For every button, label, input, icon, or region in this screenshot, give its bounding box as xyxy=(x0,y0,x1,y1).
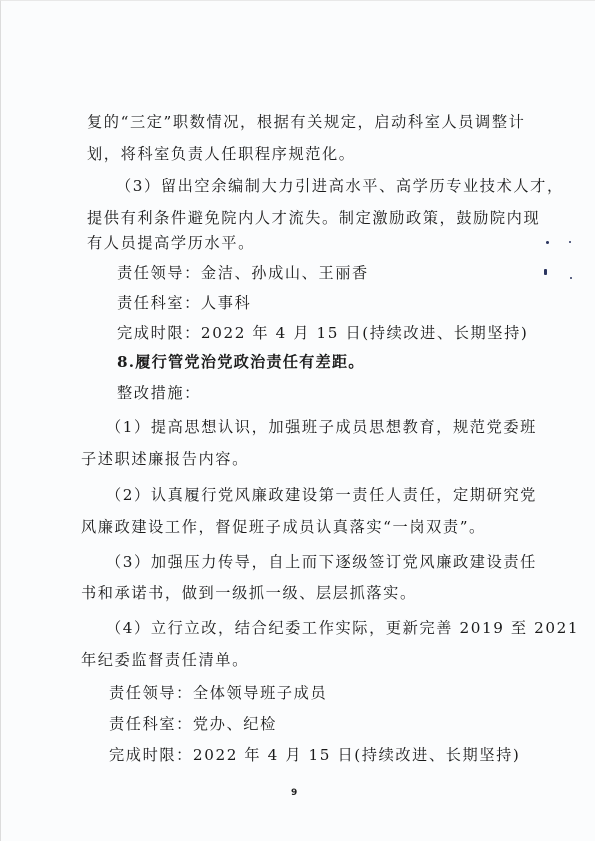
completion-deadline: 完成时限：2022 年 4 月 15 日(持续改进、长期坚持) xyxy=(117,323,528,343)
measure-item-2-line-2: 风廉政建设工作，督促班子成员认真落实“一岗双责”。 xyxy=(81,517,486,537)
document-page: 复的“三定”职数情况，根据有关规定，启动科室人员调整计 划，将科室负责人任职程序… xyxy=(0,0,595,841)
measure-item-3-line-3: 有人员提高学历水平。 xyxy=(87,233,255,253)
completion-deadline: 完成时限：2022 年 4 月 15 日(持续改进、长期坚持) xyxy=(109,745,520,765)
measure-item-4-line-2: 年纪委监督责任清单。 xyxy=(81,650,249,670)
measure-item-2-line-1: （2）认真履行党风廉政建设第一责任人责任，定期研究党 xyxy=(106,485,537,505)
responsible-department: 责任科室：党办、纪检 xyxy=(109,714,277,734)
paragraph-line: 复的“三定”职数情况，根据有关规定，启动科室人员调整计 xyxy=(87,112,525,132)
paragraph-line: 划，将科室负责人任职程序规范化。 xyxy=(87,144,356,164)
responsible-leader: 责任领导：全体领导班子成员 xyxy=(109,683,327,703)
scan-speck xyxy=(544,269,547,275)
scan-speck xyxy=(570,277,572,279)
scan-speck xyxy=(546,241,549,244)
measure-item-3-line-2: 书和承诺书，做到一级抓一级、层层抓落实。 xyxy=(81,583,417,603)
measure-item-3-line-1: （3）加强压力传导，自上而下逐级签订党风廉政建设责任 xyxy=(106,552,537,572)
measure-item-4-line-1: （4）立行立改，结合纪委工作实际，更新完善 2019 至 2021 xyxy=(106,618,579,638)
section-heading-8: 8.履行管党治党政治责任有差距。 xyxy=(117,352,365,372)
measure-item-3-line-1: （3）留出空余编制大力引进高水平、高学历专业技术人才， xyxy=(116,176,564,196)
measure-item-1-line-1: （1）提高思想认识，加强班子成员思想教育，规范党委班 xyxy=(106,417,537,437)
page-number: 9 xyxy=(291,788,297,798)
responsible-leader: 责任领导：金洁、孙成山、王丽香 xyxy=(117,263,369,283)
scan-speck xyxy=(569,241,571,243)
measure-item-3-line-2: 提供有利条件避免院内人才流失。制定激励政策，鼓励院内现 xyxy=(87,208,540,228)
responsible-department: 责任科室：人事科 xyxy=(117,293,251,313)
rectification-measures-label: 整改措施： xyxy=(117,383,201,403)
measure-item-1-line-2: 子述职述廉报告内容。 xyxy=(81,449,249,469)
